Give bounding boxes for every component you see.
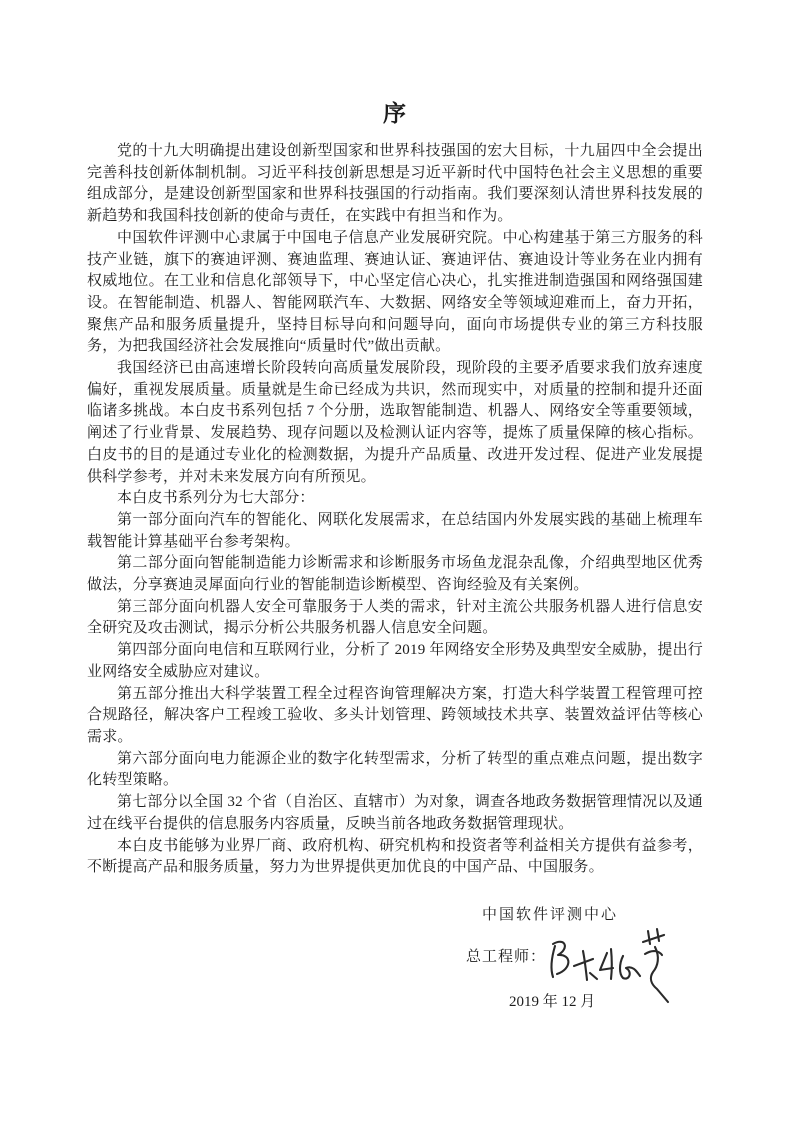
body-paragraph: 党的十九大明确提出建设创新型国家和世界科技强国的宏大目标，十九届四中全会提出完善… — [87, 141, 703, 228]
organization-name: 中国软件评测中心 — [482, 903, 618, 924]
body-paragraph: 第七部分以全国 32 个省（自治区、直辖市）为对象，调查各地政务数据管理情况以及… — [87, 792, 703, 835]
body-paragraph: 第一部分面向汽车的智能化、网联化发展需求，在总结国内外发展实践的基础上梳理车载智… — [87, 510, 703, 553]
body-paragraph: 第三部分面向机器人安全可靠服务于人类的需求，针对主流公共服务机器人进行信息安全研… — [87, 597, 703, 640]
body-paragraph: 我国经济已由高速增长阶段转向高质量发展阶段，现阶段的主要矛盾要求我们放弃速度偏好… — [87, 358, 703, 488]
body-paragraph: 本白皮书能够为业界厂商、政府机构、研究机构和投资者等利益相关方提供有益参考，不断… — [87, 836, 703, 879]
body-paragraph: 中国软件评测中心隶属于中国电子信息产业发展研究院。中心构建基于第三方服务的科技产… — [87, 228, 703, 358]
body-paragraph: 第五部分推出大科学装置工程全过程咨询管理解决方案，打造大科学装置工程管理可控合规… — [87, 684, 703, 749]
document-page: 序 党的十九大明确提出建设创新型国家和世界科技强国的宏大目标，十九届四中全会提出… — [0, 0, 793, 1122]
signer-title-label: 总工程师： — [466, 945, 546, 966]
body-paragraph: 第四部分面向电信和互联网行业，分析了 2019 年网络安全形势及典型安全威胁，提… — [87, 640, 703, 683]
date-line: 2019 年 12 月 — [509, 990, 595, 1011]
body-paragraph: 第六部分面向电力能源企业的数字化转型需求，分析了转型的重点难点问题，提出数字化转… — [87, 749, 703, 792]
body-paragraph: 本白皮书系列分为七大部分： — [87, 488, 703, 510]
page-title: 序 — [87, 100, 703, 128]
preface-content: 序 党的十九大明确提出建设创新型国家和世界科技强国的宏大目标，十九届四中全会提出… — [87, 100, 703, 879]
body-paragraph: 第二部分面向智能制造能力诊断需求和诊断服务市场鱼龙混杂乱像，介绍典型地区优秀做法… — [87, 553, 703, 596]
